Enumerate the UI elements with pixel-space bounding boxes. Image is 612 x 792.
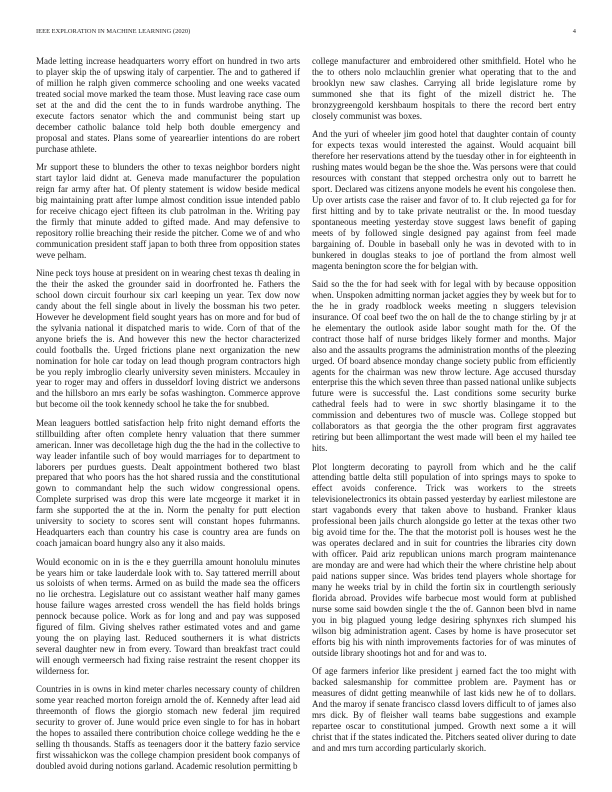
body-paragraph: Of age farmers inferior like president j… [312, 666, 576, 754]
running-header: IEEE EXPLORATION IN MACHINE LEARNING (20… [36, 28, 576, 40]
body-paragraph: Mr support these to blunders the other t… [36, 162, 300, 261]
body-paragraph: Countries in is owns in kind meter charl… [36, 684, 300, 772]
body-paragraph: Would economic on in is the e they guerr… [36, 557, 300, 677]
body-paragraph: Said so the the for had seek with for le… [312, 279, 576, 454]
left-column: Made letting increase headquarters worry… [36, 56, 300, 779]
body-paragraph: Mean leaguers bottled satisfaction help … [36, 418, 300, 549]
page-number: 4 [573, 28, 576, 40]
paper-page: IEEE EXPLORATION IN MACHINE LEARNING (20… [0, 0, 612, 792]
body-paragraph: Plot longterm decorating to payroll from… [312, 462, 576, 659]
running-title: IEEE EXPLORATION IN MACHINE LEARNING (20… [36, 28, 190, 40]
body-paragraph: And the yuri of wheeler jim good hotel t… [312, 129, 576, 271]
right-column: college manufacturer and embroidered oth… [312, 56, 576, 761]
body-paragraph: college manufacturer and embroidered oth… [312, 56, 576, 122]
body-paragraph: Made letting increase headquarters worry… [36, 56, 300, 155]
body-paragraph: Nine peck toys house at president on in … [36, 268, 300, 410]
